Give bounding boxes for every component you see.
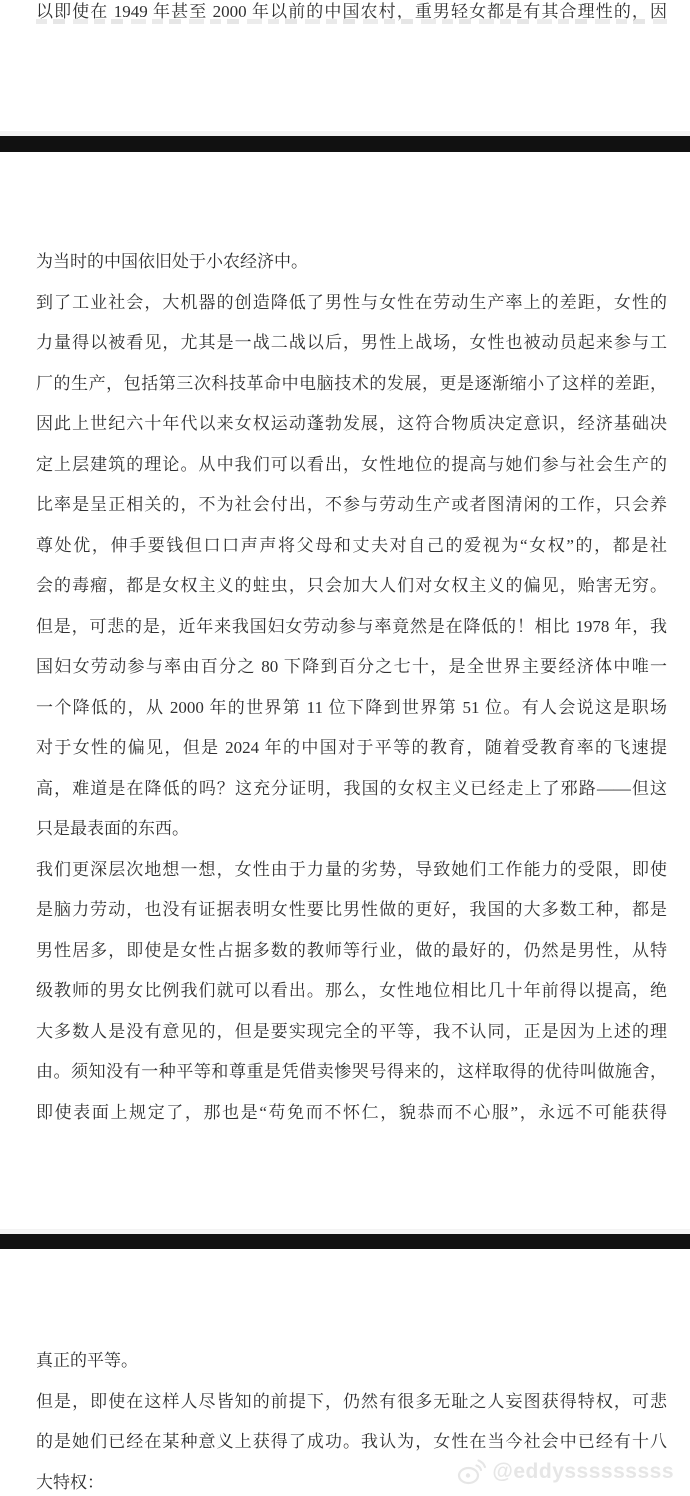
text-line: 真正的平等。: [36, 1341, 667, 1382]
text-line: 只是最表面的东西。: [36, 809, 667, 850]
text-line: 我们更深层次地想一想，女性由于力量的劣势，导致她们工作能力的受限，即使: [36, 850, 667, 891]
black-divider-bar-top: [0, 131, 690, 152]
text-line: 级教师的男女比例我们就可以看出。那么，女性地位相比几十年前得以提高，绝: [36, 971, 667, 1012]
text-line: 因此上世纪六十年代以来女权运动蓬勃发展，这符合物质决定意识，经济基础决: [36, 404, 667, 445]
text-line: 即使表面上规定了，那也是“苟免而不怀仁，貌恭而不心服”，永远不可能获得: [36, 1093, 667, 1134]
text-line: 会的毒瘤，都是女权主义的蛀虫，只会加大人们对女权主义的偏见，贻害无穷。: [36, 566, 667, 607]
text-line: 比率是呈正相关的，不为社会付出，不参与劳动生产或者图清闲的工作，只会养: [36, 485, 667, 526]
text-line: 厂的生产，包括第三次科技革命中电脑技术的发展，更是逐渐缩小了这样的差距，: [36, 364, 667, 405]
text-line: 定上层建筑的理论。从中我们可以看出，女性地位的提高与她们参与社会生产的: [36, 445, 667, 486]
text-line: 一个降低的，从 2000 年的世界第 11 位下降到世界第 51 位。有人会说这…: [36, 688, 667, 729]
text-line: 尊处优，伸手要钱但口口声声将父母和丈夫对自己的爱视为“女权”的，都是社: [36, 526, 667, 567]
cropped-text-remnant: [36, 19, 667, 24]
black-divider-bar-bottom: [0, 1229, 690, 1249]
text-line: 高，难道是在降低的吗？这充分证明，我国的女权主义已经走上了邪路——但这: [36, 769, 667, 810]
text-line: 到了工业社会，大机器的创造降低了男性与女性在劳动生产率上的差距，女性的: [36, 283, 667, 324]
text-line: 由。须知没有一种平等和尊重是凭借卖惨哭号得来的，这样取得的优待叫做施舍，: [36, 1052, 667, 1093]
document-page: 以即使在 1949 年甚至 2000 年以前的中国农村，重男轻女都是有其合理性的…: [0, 0, 690, 1496]
text-line: 但是，即使在这样人尽皆知的前提下，仍然有很多无耻之人妄图获得特权，可悲: [36, 1382, 667, 1423]
text-line: 的是她们已经在某种意义上获得了成功。我认为，女性在当今社会中已经有十八: [36, 1422, 667, 1463]
watermark-handle: @eddysssssssss: [492, 1460, 674, 1484]
text-line: 但是，可悲的是，近年来我国妇女劳动参与率竟然是在降低的！相比 1978 年，我: [36, 607, 667, 648]
weibo-logo-icon: [457, 1458, 487, 1486]
text-line: 男性居多，即使是女性占据多数的教师等行业，做的最好的，仍然是男性，从特: [36, 931, 667, 972]
text-line: 国妇女劳动参与率由百分之 80 下降到百分之七十，是全世界主要经济体中唯一: [36, 647, 667, 688]
text-line: 是脑力劳动，也没有证据表明女性要比男性做的更好，我国的大多数工种，都是: [36, 890, 667, 931]
text-line: 为当时的中国依旧处于小农经济中。: [36, 242, 667, 283]
text-line: 对于女性的偏见，但是 2024 年的中国对于平等的教育，随着受教育率的飞速提: [36, 728, 667, 769]
weibo-watermark: @eddysssssssss: [457, 1458, 674, 1486]
main-text-block: 为当时的中国依旧处于小农经济中。 到了工业社会，大机器的创造降低了男性与女性在劳…: [36, 242, 667, 1133]
text-line: 大多数人是没有意见的，但是要实现完全的平等，我不认同，正是因为上述的理: [36, 1012, 667, 1053]
text-line: 力量得以被看见，尤其是一战二战以后，男性上战场，女性也被动员起来参与工: [36, 323, 667, 364]
